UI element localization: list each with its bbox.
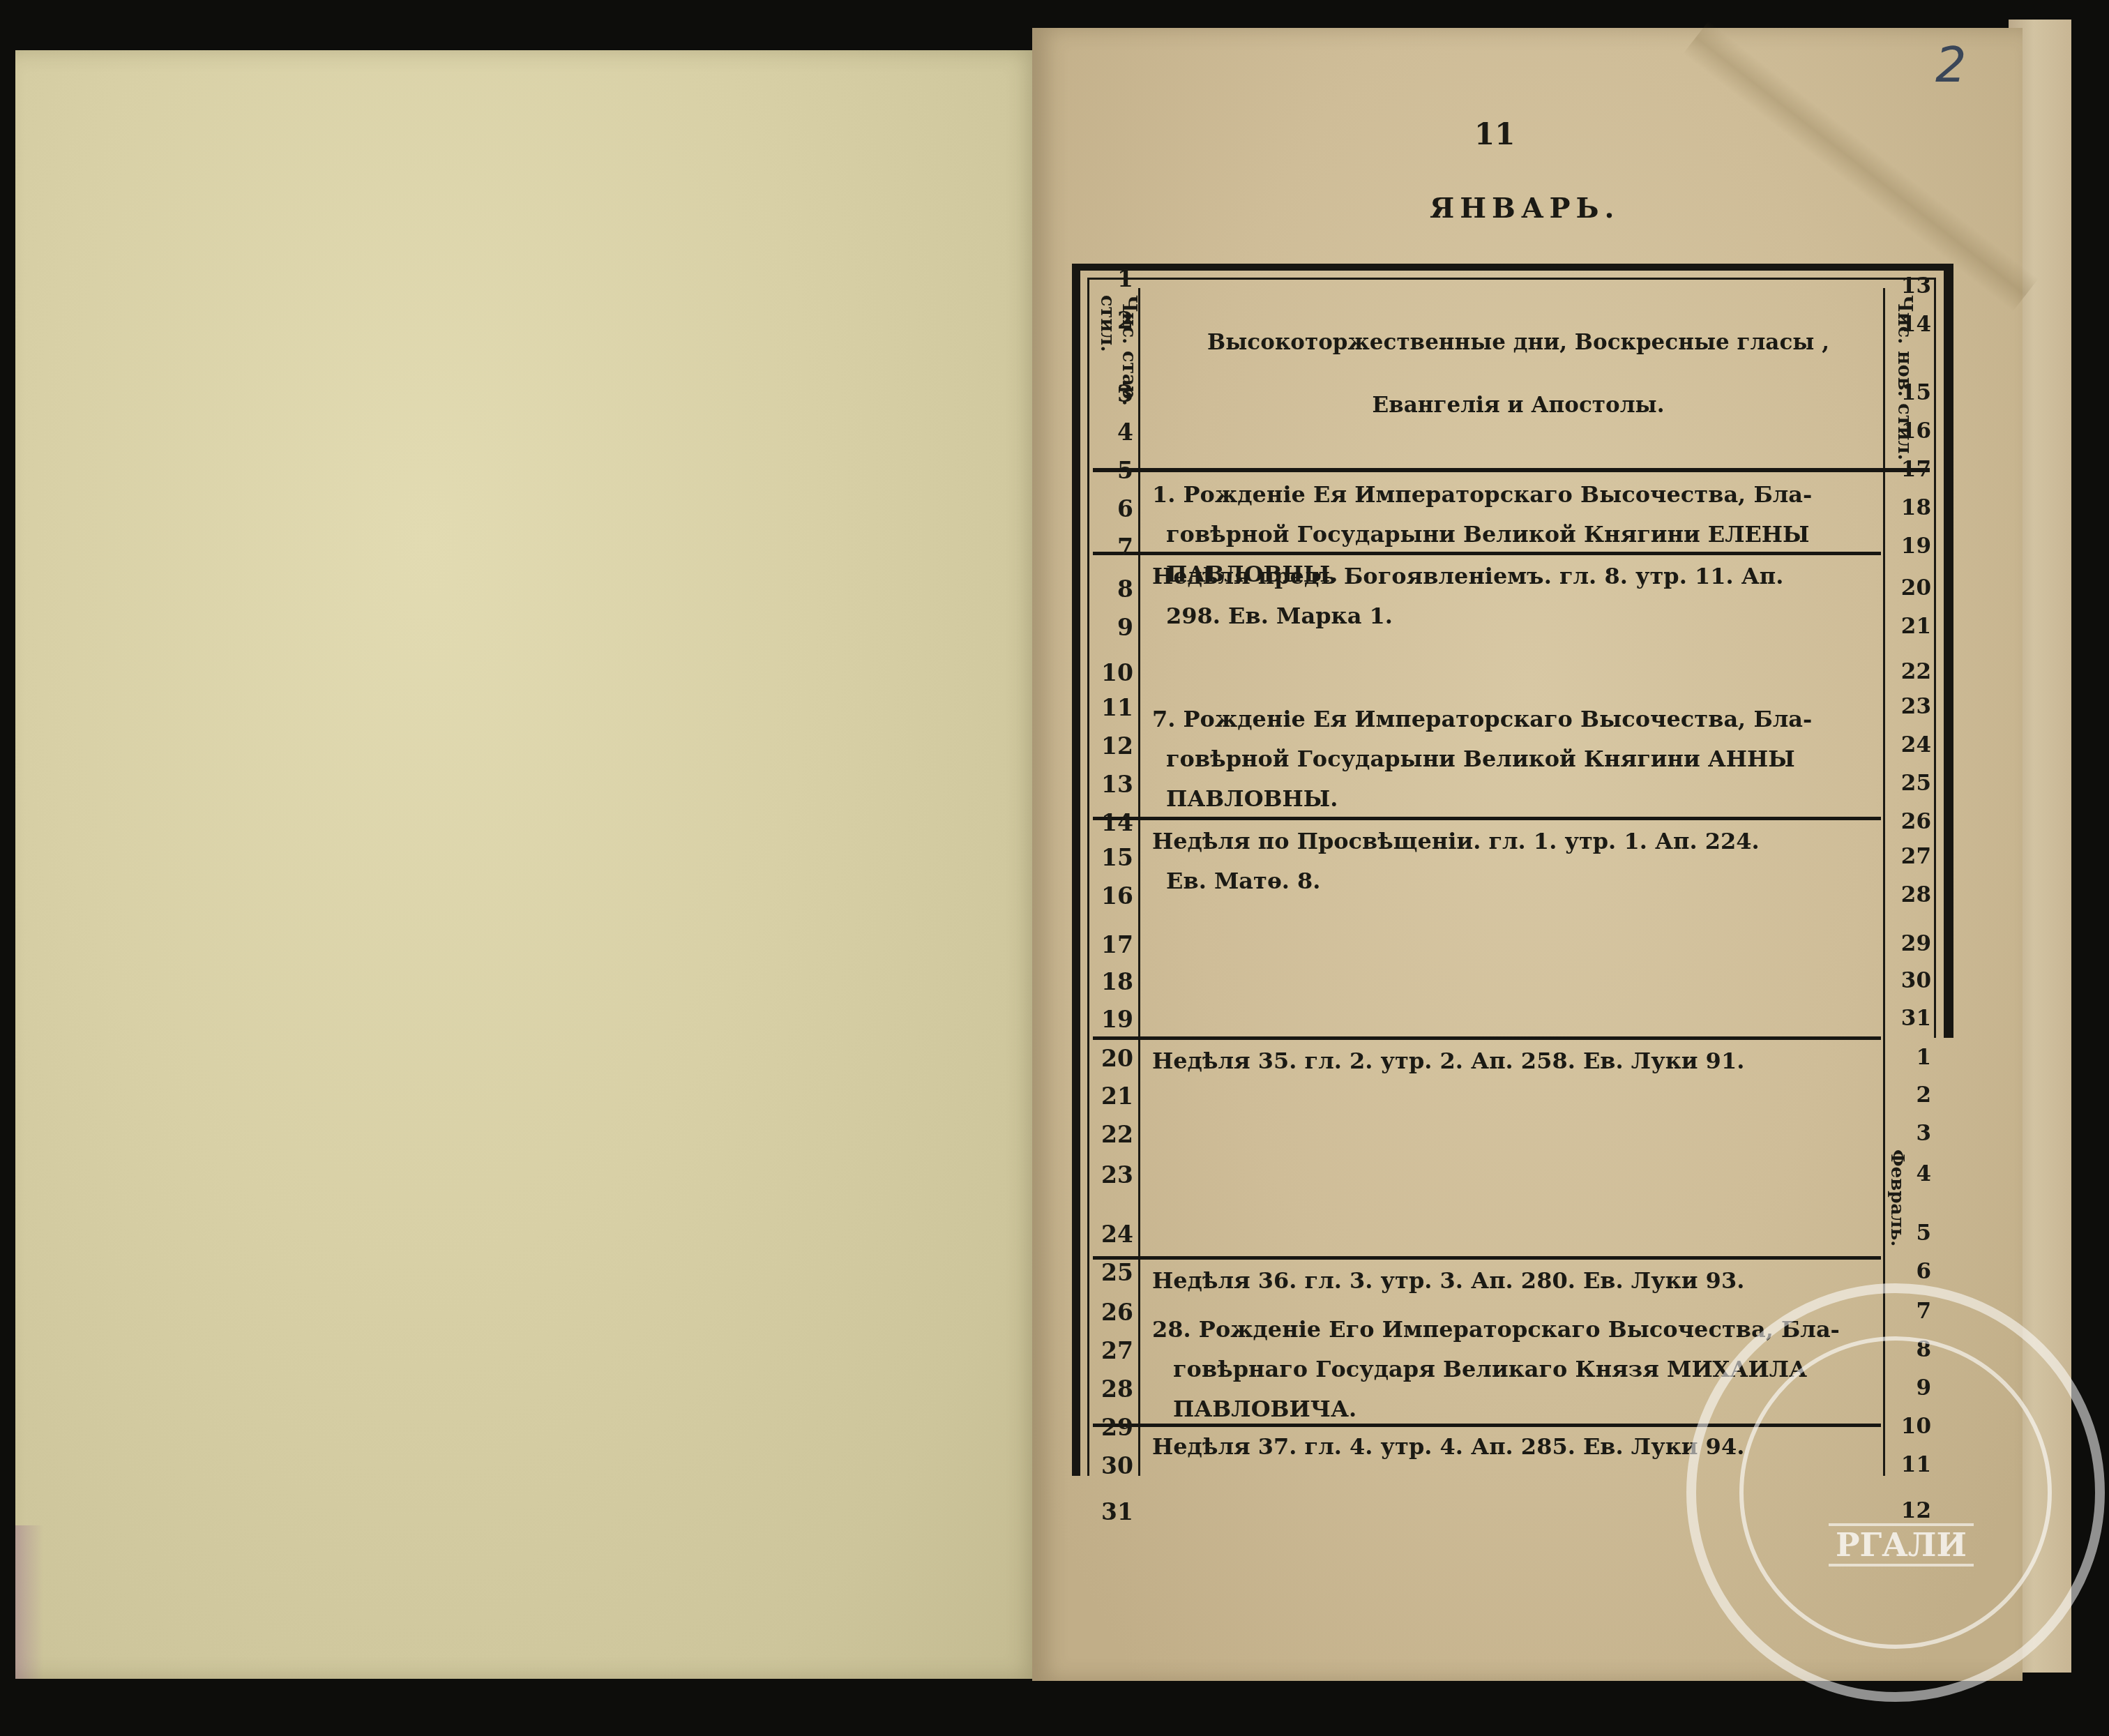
left-column-rule <box>1138 288 1140 1476</box>
old-style-day: 19 <box>1091 1006 1133 1033</box>
new-style-day: 16 <box>1889 418 1931 444</box>
old-style-day: 11 <box>1091 694 1133 721</box>
month-title: ЯНВАРЬ. <box>1430 192 1619 225</box>
entry-sunday-before-epiphany: Недѣля предъ Богоявленіемъ. гл. 8. утр. … <box>1152 557 1912 636</box>
old-style-day: 22 <box>1091 1121 1133 1148</box>
new-style-day: 29 <box>1889 931 1931 956</box>
old-style-day: 17 <box>1091 931 1133 958</box>
new-style-day: 22 <box>1889 659 1931 684</box>
old-style-day: 28 <box>1091 1375 1133 1403</box>
entry-sunday-36: Недѣля 36. гл. 3. утр. 3. Ап. 280. Ев. Л… <box>1152 1261 1912 1301</box>
old-style-day: 27 <box>1091 1337 1133 1364</box>
section-rule <box>1093 1036 1881 1040</box>
old-style-day: 15 <box>1091 844 1133 871</box>
old-style-day: 13 <box>1091 771 1133 798</box>
old-style-day: 9 <box>1091 614 1133 641</box>
old-style-day: 25 <box>1091 1259 1133 1286</box>
entry-sunday-after-theophany: Недѣля по Просвѣщеніи. гл. 1. утр. 1. Ап… <box>1152 822 1912 901</box>
stamp-inner-ring <box>1739 1336 2052 1649</box>
header-line-1: Высокоторжественные дни, Воскресные глас… <box>1142 330 1895 355</box>
new-style-day: 30 <box>1889 968 1931 993</box>
old-style-day: 26 <box>1091 1299 1133 1326</box>
calendar-table: Чис. стар. стил. Чис. нов. стил. Высокот… <box>1072 264 1958 1476</box>
old-style-day: 2 <box>1091 307 1133 334</box>
inner-frame-top <box>1087 278 1934 280</box>
new-style-day: 31 <box>1889 1006 1931 1031</box>
new-style-day: 15 <box>1889 380 1931 405</box>
old-style-day: 1 <box>1091 265 1133 292</box>
new-style-day: 3 <box>1889 1121 1931 1146</box>
blank-left-page <box>15 50 1041 1679</box>
old-style-day: 29 <box>1091 1414 1133 1441</box>
old-style-day: 6 <box>1091 495 1133 522</box>
header-rule <box>1093 468 1930 472</box>
frame-right <box>1944 264 1953 1038</box>
old-style-day: 31 <box>1091 1498 1133 1525</box>
old-style-day: 12 <box>1091 732 1133 760</box>
entry-anna-pavlovna: 7. Рожденіе Ея Императорскаго Высочества… <box>1152 700 1912 819</box>
old-style-day: 18 <box>1091 968 1133 995</box>
header-line-2: Евангелія и Апостолы. <box>1142 393 1895 418</box>
old-style-day: 30 <box>1091 1452 1133 1479</box>
new-style-day: 14 <box>1889 312 1931 337</box>
frame-left <box>1072 264 1080 1476</box>
old-style-day: 4 <box>1091 418 1133 446</box>
section-rule <box>1093 1256 1881 1260</box>
archive-stamp: РГАЛИ <box>1686 1283 2105 1702</box>
old-style-day: 10 <box>1091 659 1133 686</box>
old-style-day: 16 <box>1091 882 1133 909</box>
old-style-day: 21 <box>1091 1082 1133 1110</box>
old-style-day: 23 <box>1091 1161 1133 1188</box>
new-style-day: 13 <box>1889 273 1931 299</box>
old-style-day: 3 <box>1091 380 1133 407</box>
old-style-day: 8 <box>1091 575 1133 603</box>
frame-top <box>1072 264 1952 271</box>
old-style-day: 14 <box>1091 809 1133 836</box>
new-style-day: 2 <box>1889 1082 1931 1108</box>
handwritten-folio-number: 2 <box>1935 36 1967 93</box>
inner-frame-left <box>1087 278 1089 1476</box>
inner-frame-right <box>1934 278 1936 1038</box>
old-style-day: 7 <box>1091 534 1133 561</box>
entry-sunday-35: Недѣля 35. гл. 2. утр. 2. Ап. 258. Ев. Л… <box>1152 1041 1912 1081</box>
february-label: Февраль. <box>1887 1149 1907 1246</box>
stamp-label: РГАЛИ <box>1829 1523 1974 1567</box>
old-style-day: 20 <box>1091 1045 1133 1072</box>
old-style-day: 5 <box>1091 457 1133 484</box>
old-style-day: 24 <box>1091 1221 1133 1248</box>
page-number: 11 <box>1474 117 1515 151</box>
